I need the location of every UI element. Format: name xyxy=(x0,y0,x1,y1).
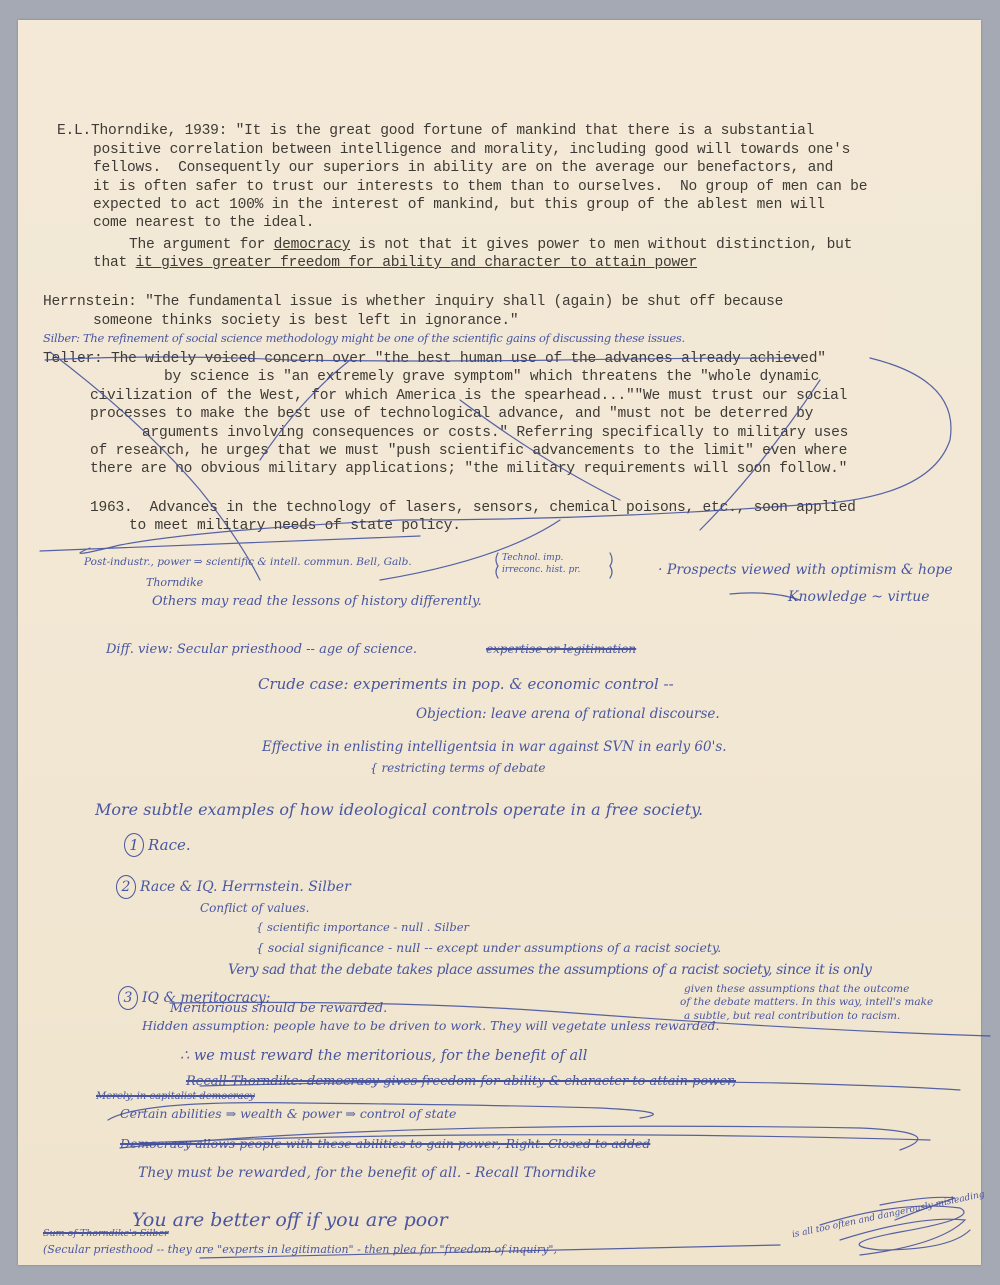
item-1-text: Race. xyxy=(148,836,191,854)
hidden-assumption-note: Hidden assumption: people have to be dri… xyxy=(142,1018,720,1033)
merely-note: Merely, in capitalist democracy xyxy=(96,1091,255,1102)
crude-case-note: Crude case: experiments in pop. & econom… xyxy=(258,675,674,693)
democracy-argument-line-2: that it gives greater freedom for abilit… xyxy=(93,254,697,273)
diff-view-struck-note: expertise or legitimation xyxy=(486,642,636,656)
democracy-argument-line-1: The argument for democracy is not that i… xyxy=(129,236,852,255)
thorndike-quote-line-1: E.L.Thorndike, 1939: "It is the great go… xyxy=(57,122,814,141)
recall-thorndike-struck-note: Recall Thorndike: democracy gives freedo… xyxy=(186,1074,736,1089)
more-subtle-note: More subtle examples of how ideological … xyxy=(95,800,703,819)
democracy-allows-struck-note: Democracy allows people with these abili… xyxy=(120,1136,650,1151)
prospects-note: · Prospects viewed with optimism & hope xyxy=(658,562,953,578)
democracy-pre: The argument for xyxy=(129,237,274,253)
herrnstein-quote-line-2: someone thinks society is best left in i… xyxy=(93,312,518,331)
democracy-underlined-phrase: it gives greater freedom for ability and… xyxy=(136,255,698,271)
democracy-line-2-pre: that xyxy=(93,255,136,271)
democracy-post: is not that it gives power to men withou… xyxy=(350,237,852,253)
brace-note-1: Technol. imp. xyxy=(502,553,563,563)
teller-quote-line-6: of research, he urges that we must "push… xyxy=(90,442,847,461)
herrnstein-quote-line-1: Herrnstein: "The fundamental issue is wh… xyxy=(43,293,783,312)
silber-note: Silber: The refinement of social science… xyxy=(43,331,685,345)
bottom-left-struck-note: Sum of Thorndike's Silber xyxy=(43,1228,169,1239)
teller-quote-line-4: processes to make the best use of techno… xyxy=(90,405,813,424)
objection-note: Objection: leave arena of rational disco… xyxy=(416,706,720,722)
better-off-note: You are better off if you are poor xyxy=(132,1209,448,1231)
restricting-note: { restricting terms of debate xyxy=(370,761,545,775)
must-be-rewarded-note: They must be rewarded, for the benefit o… xyxy=(138,1165,596,1181)
thorndike-quote-line-4: it is often safer to trust our interests… xyxy=(93,178,867,197)
item-number-circle: 2 xyxy=(116,875,136,899)
item-number-circle: 1 xyxy=(124,833,144,857)
secular-priesthood-note: (Secular priesthood -- they are "experts… xyxy=(43,1243,557,1256)
teller-quote-line-5: arguments involving consequences or cost… xyxy=(142,424,848,443)
list-item-2: 2Race & IQ. Herrnstein. Silber xyxy=(116,875,351,899)
post-industrial-note: Post-industr., power ⇒ scientific & inte… xyxy=(84,556,412,568)
others-read-note: Others may read the lessons of history d… xyxy=(152,594,482,609)
meritorious-note: Meritorious should be rewarded. xyxy=(170,1001,387,1016)
effective-note: Effective in enlisting intelligentsia in… xyxy=(262,739,727,755)
diff-view-note: Diff. view: Secular priesthood -- age of… xyxy=(106,642,417,657)
thorndike-quote-line-3: fellows. Consequently our superiors in a… xyxy=(93,159,833,178)
thorndike-ref-note: Thorndike xyxy=(146,576,203,589)
teller-quote-line-7: there are no obvious military applicatio… xyxy=(90,460,847,479)
thorndike-quote-line-2: positive correlation between intelligenc… xyxy=(93,141,850,160)
list-item-1: 1Race. xyxy=(124,833,191,857)
democracy-word: democracy xyxy=(274,237,351,253)
thorndike-quote-line-5: expected to act 100% in the interest of … xyxy=(93,196,825,215)
year-1963-line-2: to meet military needs of state policy. xyxy=(129,517,461,536)
teller-quote-line-1: Teller: The widely voiced concern over "… xyxy=(43,350,826,369)
year-1963-line-1: 1963. Advances in the technology of lase… xyxy=(90,499,856,518)
certain-abilities-note: Certain abilities ⇒ wealth & power ⇒ con… xyxy=(120,1106,456,1121)
right-margin-note-1: given these assumptions that the outcome xyxy=(684,983,909,995)
scientific-importance-note: { scientific importance - null . Silber xyxy=(256,920,469,934)
brace-note-2: irreconc. hist. pr. xyxy=(502,565,580,575)
conflict-note: Conflict of values. xyxy=(200,901,309,915)
teller-quote-line-2: by science is "an extremely grave sympto… xyxy=(164,368,819,387)
right-margin-note-2: of the debate matters. In this way, inte… xyxy=(680,996,933,1008)
very-sad-note: Very sad that the debate takes place ass… xyxy=(228,962,872,978)
thorndike-quote-line-6: come nearest to the ideal. xyxy=(93,214,314,233)
social-significance-note: { social significance - null -- except u… xyxy=(256,940,721,955)
teller-quote-line-3: civilization of the West, for which Amer… xyxy=(90,387,847,406)
item-2-text: Race & IQ. Herrnstein. Silber xyxy=(140,879,351,895)
therefore-note: ∴ we must reward the meritorious, for th… xyxy=(180,1048,587,1064)
item-number-circle: 3 xyxy=(118,986,138,1010)
knowledge-virtue-note: Knowledge ~ virtue xyxy=(788,589,930,605)
